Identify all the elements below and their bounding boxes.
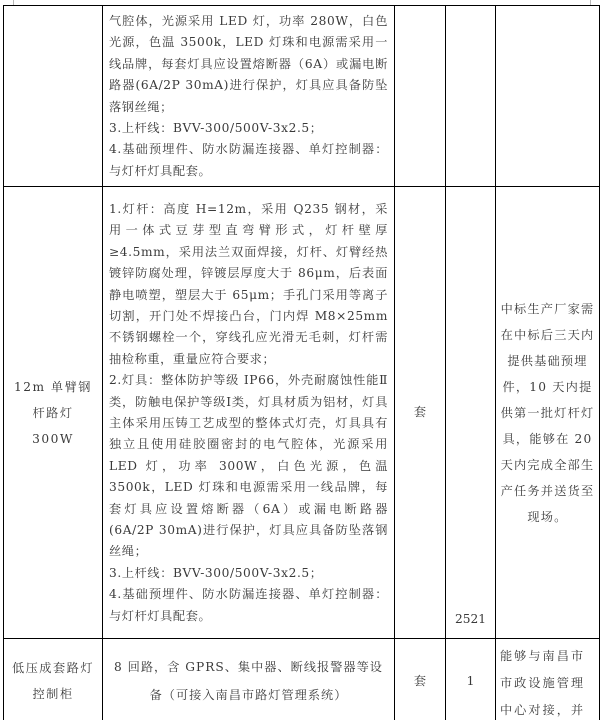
unit-cell: 套 — [395, 187, 446, 639]
note-cell: 中标生产厂家需在中标后三天内提供基础预埋件，10 天内提供第一批灯杆灯具，能够在… — [496, 187, 600, 639]
spec-text: 1.灯杆：高度 H=12m，采用 Q235 钢材，采用一体式豆芽型直弯臂形式，灯… — [103, 198, 394, 627]
note-cell: 能够与南昌市市政设施管理中心对接，并 — [496, 639, 600, 720]
quantity-cell: 1 — [446, 639, 496, 720]
item-name: 12m 单臂钢杆路灯 300W — [10, 374, 96, 452]
item-name-cell — [4, 6, 103, 187]
item-name-cell: 12m 单臂钢杆路灯 300W — [4, 187, 103, 639]
spec-cell: 8 回路，含 GPRS、集中器、断线报警器等设备（可接入南昌市路灯管理系统） — [103, 639, 395, 720]
spec-cell: 1.灯杆：高度 H=12m，采用 Q235 钢材，采用一体式豆芽型直弯臂形式，灯… — [103, 187, 395, 639]
note-cell — [496, 6, 600, 187]
spec-line: 3.上杆线：BVV-300/500V-3x2.5； — [109, 118, 388, 139]
table-row: 低压成套路灯控制柜 8 回路，含 GPRS、集中器、断线报警器等设备（可接入南昌… — [4, 639, 600, 720]
spec-line: 2.灯具：整体防护等级 IP66，外壳耐腐蚀性能Ⅱ类，防触电保护等级Ⅰ类，灯具材… — [109, 370, 388, 563]
quantity-cell: 2521 — [446, 187, 496, 639]
spec-line: 1.灯杆：高度 H=12m，采用 Q235 钢材，采用一体式豆芽型直弯臂形式，灯… — [109, 199, 388, 370]
spec-line: 4.基础预埋件、防水防漏连接器、单灯控制器：与灯杆灯具配套。 — [109, 584, 388, 627]
integration-note: 能够与南昌市市政设施管理中心对接，并 — [500, 639, 595, 720]
delivery-note: 中标生产厂家需在中标后三天内提供基础预埋件，10 天内提供第一批灯杆灯具，能够在… — [500, 296, 595, 530]
spec-text: 气腔体，光源采用 LED 灯，功率 280W，白色光源，色温 3500k，LED… — [103, 10, 394, 182]
unit-cell — [395, 6, 446, 187]
item-name-cell: 低压成套路灯控制柜 — [4, 639, 103, 720]
table-row: 12m 单臂钢杆路灯 300W 1.灯杆：高度 H=12m，采用 Q235 钢材… — [4, 187, 600, 639]
spec-line: 4.基础预埋件、防水防漏连接器、单灯控制器：与灯杆灯具配套。 — [109, 139, 388, 182]
unit-cell: 套 — [395, 639, 446, 720]
quantity-cell — [446, 6, 496, 187]
item-name: 低压成套路灯控制柜 — [10, 655, 96, 707]
table-row: 气腔体，光源采用 LED 灯，功率 280W，白色光源，色温 3500k，LED… — [4, 6, 600, 187]
spec-text: 8 回路，含 GPRS、集中器、断线报警器等设备（可接入南昌市路灯管理系统） — [103, 653, 394, 709]
spec-cell: 气腔体，光源采用 LED 灯，功率 280W，白色光源，色温 3500k，LED… — [103, 6, 395, 187]
spec-line: 3.上杆线：BVV-300/500V-3x2.5； — [109, 563, 388, 584]
procurement-spec-table: 气腔体，光源采用 LED 灯，功率 280W，白色光源，色温 3500k，LED… — [3, 5, 600, 720]
spec-line: 气腔体，光源采用 LED 灯，功率 280W，白色光源，色温 3500k，LED… — [109, 11, 388, 118]
